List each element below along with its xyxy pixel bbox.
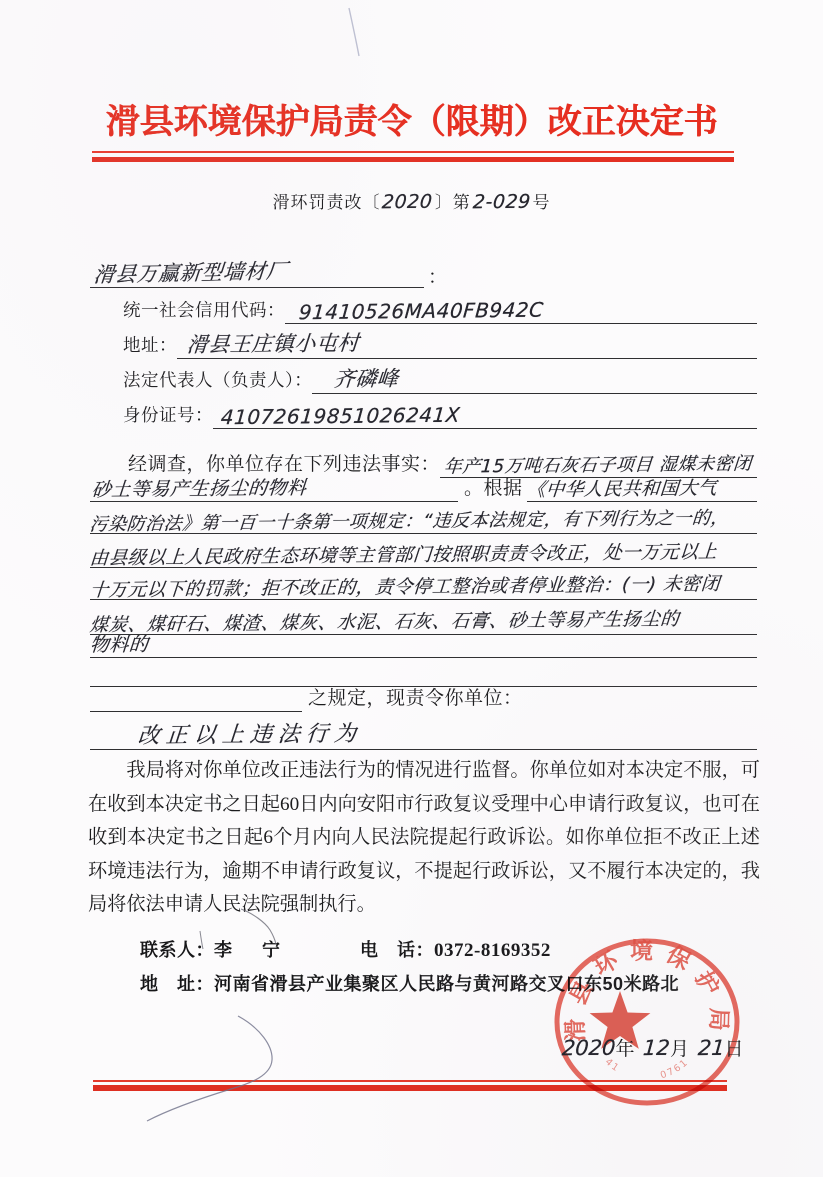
docnum-mid: 〕第 [435,193,471,212]
supervision-paragraph: 我局将对你单位改正违法行为的情况进行监督。你单位如对本决定不服，可在收到本决定书… [88,754,760,922]
basis-handwritten-6: 物料的 [89,630,150,658]
docnum-suffix: 号 [533,193,551,212]
date-year-unit: 年 [615,1039,636,1060]
basis-line-2: 污染防治法》第一百一十条第一项规定：“违反本法规定，有下列行为之一的， [90,504,757,534]
recipient-colon: ： [428,262,447,289]
basis-line-4: 十万元以下的罚款；拒不改正的，责令停工整治或者停业整治：(一) 未密闭 [90,568,757,600]
field-label: 统一社会信用代码： [123,297,285,324]
contact-phone: 0372-8169352 [434,940,551,961]
field-row-id-number: 身份证号： 41072619851026241X [123,398,757,429]
facts-basis-lead: 。根据 [458,473,527,502]
facts-handwritten-2: 砂土等易产生扬尘的物料 [89,473,308,502]
facts-line-2: 砂土等易产生扬尘的物料 。根据 《中华人民共和国大气 [90,472,757,502]
field-row-legal-representative: 法定代表人（负责人）： 齐磷峰 [123,363,757,394]
issue-date: 2020年 12月 21日 [562,1034,745,1061]
seal-ring-text: 滑县环境保护局 [563,938,732,1042]
order-handwritten: 改正以上违法行为 [89,717,364,751]
basis-line-6: 物料的 [90,636,757,658]
contact-phone-label: 电 话： [360,940,434,960]
contact-address-label: 地 址： [140,974,214,994]
date-day-unit: 日 [724,1039,745,1060]
field-value-handwritten: 齐磷峰 [311,363,400,394]
document-number: 滑环罚责改〔2020〕第2-029号 [0,188,823,213]
pen-squiggle [147,1016,272,1121]
basis-line-3: 由县级以上人民政府生态环境等主管部门按照职责责令改正，处一万元以上 [90,536,757,568]
docnum-serial-handwritten: 2-029 [472,191,531,214]
official-seal: 滑县环境保护局 41 0761 [550,933,746,1113]
order-line: 改正以上违法行为 [90,718,757,750]
date-day-handwritten: 21 [697,1036,726,1060]
field-label: 地址： [123,332,177,359]
basis-handwritten-1: 《中华人民共和国大气 [525,474,717,502]
field-value-handwritten: 41072619851026241X [212,403,461,430]
scan-scratch-top [349,8,359,56]
document-title: 滑县环境保护局责令（限期）改正决定书 [0,94,823,143]
title-divider-thick [92,157,734,162]
recipient-company-handwritten: 滑县万赢新型墙材厂 [89,255,289,289]
scanned-document-page: 滑县环境保护局责令（限期）改正决定书 滑环罚责改〔2020〕第2-029号 滑县… [0,0,823,1177]
field-label: 法定代表人（负责人）： [123,367,312,394]
date-month-unit: 月 [670,1039,691,1060]
blank-underline-short [90,689,302,712]
svg-text:滑县环境保护局: 滑县环境保护局 [563,938,732,1042]
field-row-address: 地址： 滑县王庄镇小屯村 [123,328,757,359]
field-row-credit-code: 统一社会信用代码： 91410526MA40FB942C [123,293,757,324]
order-lead: 之规定，现责令你单位： [302,683,523,712]
basis-handwritten-2: 污染防治法》第一百一十条第一项规定：“违反本法规定，有下列行为之一的， [89,504,730,537]
basis-handwritten-4: 十万元以下的罚款；拒不改正的，责令停工整治或者停业整治：(一) 未密闭 [89,570,721,603]
date-year-handwritten: 2020 [561,1036,616,1061]
contact-phone-line: 电 话：0372-8169352 [360,936,551,962]
order-lead-line: 之规定，现责令你单位： [90,690,757,712]
contact-person: 李 宁 [214,940,286,960]
field-value-handwritten: 91410526MA40FB942C [284,298,545,325]
basis-handwritten-3: 由县级以上人民政府生态环境等主管部门按照职责责令改正，处一万元以上 [89,538,719,571]
field-value-handwritten: 滑县王庄镇小屯村 [176,327,360,359]
recipient-line: 滑县万赢新型墙材厂 [90,256,424,288]
title-divider-thin [92,151,734,153]
docnum-prefix: 滑环罚责改〔 [272,193,380,212]
contact-person-line: 联系人：李 宁 [140,936,286,962]
contact-person-label: 联系人： [140,940,214,960]
field-label: 身份证号： [123,402,213,429]
date-month-handwritten: 12 [642,1036,671,1060]
docnum-year-handwritten: 2020 [382,191,434,214]
